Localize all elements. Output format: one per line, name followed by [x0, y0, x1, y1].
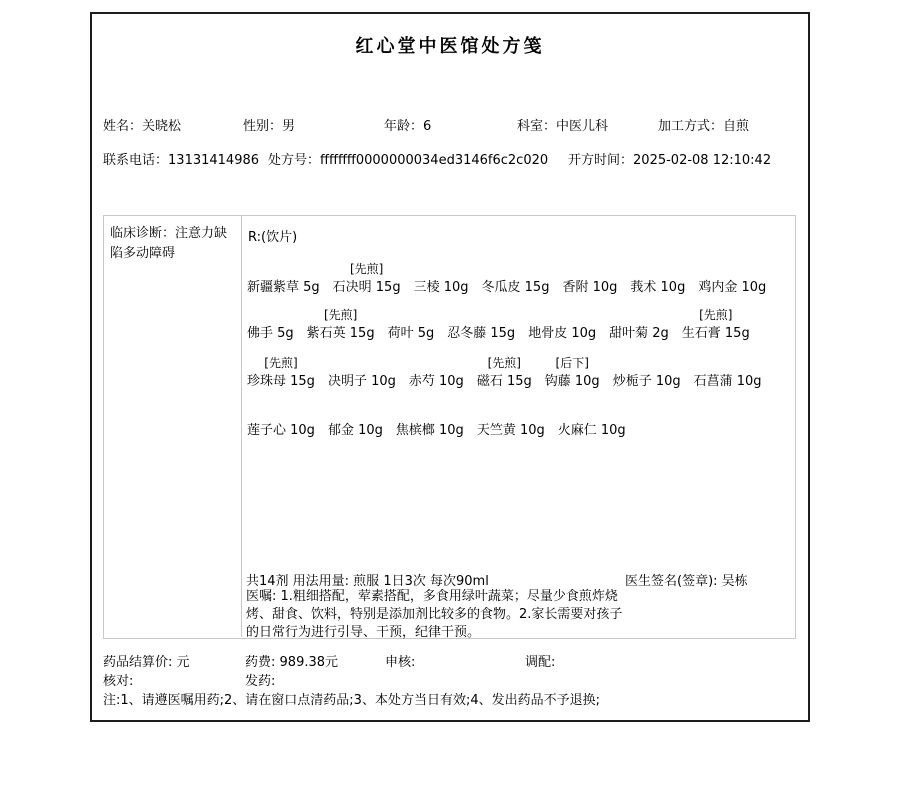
medicine-line: 珍珠母 15g[先煎]决明子 10g赤芍 10g磁石 15g[先煎]钩藤 10g… — [247, 370, 775, 389]
clinical-diagnosis: 临床诊断：注意力缺陷多动障碍 — [110, 224, 236, 264]
medicine-item: 郁金 10g — [328, 419, 383, 438]
decoction-tag: [先煎] — [488, 354, 521, 371]
field-colon: ： — [410, 119, 423, 134]
patient-gender-field: 性别：男 — [243, 115, 295, 134]
medicine-item: 莪术 10g — [630, 276, 685, 295]
decoction-tag: [先煎] — [350, 260, 383, 277]
field-colon: ： — [620, 153, 633, 168]
medicine-item: 生石膏 15g[先煎] — [682, 322, 750, 341]
medicine-item: 香附 10g — [562, 276, 617, 295]
field-value: 989.38元 — [280, 655, 339, 670]
decoction-tag: [先煎] — [324, 306, 357, 323]
rx-header: R:(饮片) — [248, 226, 297, 245]
patient-name-field: 姓名：关晓松 — [103, 115, 181, 134]
medicine-item: 甜叶菊 2g — [609, 322, 669, 341]
field-colon: ： — [129, 119, 142, 134]
page-title: 红心堂中医馆处方笺 — [90, 32, 810, 58]
field-value: 关晓松 — [142, 119, 181, 134]
field-label: 性别 — [243, 119, 269, 134]
medicine-item: 三棱 10g — [414, 276, 469, 295]
decoction-tag: [先煎] — [699, 306, 732, 323]
settlement-price-field: 药品结算价: 元 — [103, 651, 190, 670]
medicine-item: 荷叶 5g — [388, 322, 435, 341]
field-colon: ： — [162, 226, 175, 241]
field-label: 核对 — [103, 674, 129, 689]
field-colon: : — [129, 674, 133, 689]
medicine-item: 天竺黄 10g — [477, 419, 545, 438]
field-value: 元 — [177, 655, 190, 670]
contact-phone-field: 联系电话：13131414986 — [103, 149, 259, 168]
medicine-item: 地骨皮 10g — [528, 322, 596, 341]
medicine-item: 鸡内金 10g — [698, 276, 766, 295]
field-colon: : — [271, 674, 275, 689]
patient-department-field: 科室：中医儿科 — [517, 115, 608, 134]
field-label: 临床诊断 — [110, 226, 162, 241]
field-value: 6 — [423, 119, 431, 134]
field-colon: ： — [269, 119, 282, 134]
medicine-item: 火麻仁 10g — [558, 419, 626, 438]
column-divider — [241, 215, 242, 637]
field-value: 13131414986 — [168, 153, 259, 168]
decoction-tag: [先煎] — [264, 354, 297, 371]
medicine-item: 焦槟榔 10g — [396, 419, 464, 438]
doctor-signature: 医生签名(签章): 吴栋 — [625, 570, 748, 589]
field-label: 加工方式 — [658, 119, 710, 134]
field-label: 年龄 — [384, 119, 410, 134]
field-value: 吴栋 — [722, 574, 748, 589]
medicine-item: 钩藤 10g[后下] — [545, 370, 600, 389]
review-field: 申核: — [385, 651, 415, 670]
field-label: 医生签名(签章) — [625, 574, 713, 589]
compounding-field: 调配: — [525, 651, 555, 670]
medicine-item: 新疆紫草 5g — [247, 276, 320, 295]
field-label: 药品结算价 — [103, 655, 168, 670]
medical-advice-line: 烤、甜食、饮料，特别是添加剂比较多的食物。2.家长需要对孩子 — [246, 606, 636, 624]
field-colon: ： — [307, 153, 320, 168]
issue-time-field: 开方时间：2025-02-08 12:10:42 — [568, 149, 771, 168]
medical-advice: 医嘱: 1.粗细搭配，荤素搭配，多食用绿叶蔬菜；尽量少食煎炸烧 烤、甜食、饮料，… — [246, 588, 636, 642]
field-label: 开方时间 — [568, 153, 620, 168]
field-value: 男 — [282, 119, 295, 134]
field-label: 姓名 — [103, 119, 129, 134]
medicine-fee-field: 药费: 989.38元 — [245, 651, 338, 670]
medicine-item: 佛手 5g — [247, 322, 294, 341]
dosage-line: 共14剂 用法用量: 煎服 1日3次 每次90ml — [246, 570, 489, 589]
medicine-item: 忍冬藤 15g — [447, 322, 515, 341]
medicine-item: 赤芍 10g — [409, 370, 464, 389]
field-label: 联系电话 — [103, 153, 155, 168]
medicine-item: 莲子心 10g — [247, 419, 315, 438]
field-colon: ： — [710, 119, 723, 134]
medicine-item: 冬瓜皮 15g — [482, 276, 550, 295]
medicine-item: 石决明 15g[先煎] — [333, 276, 401, 295]
field-colon: ： — [155, 153, 168, 168]
field-colon: : — [271, 655, 280, 670]
field-colon: : — [551, 655, 555, 670]
medicine-item: 石菖蒲 10g — [694, 370, 762, 389]
dispensing-field: 发药: — [245, 670, 275, 689]
processing-method-field: 加工方式：自煎 — [658, 115, 749, 134]
footer-note: 注:1、请遵医嘱用药;2、请在窗口点清药品;3、本处方当日有效;4、发出药品不予… — [103, 689, 600, 708]
field-value: 自煎 — [723, 119, 749, 134]
prescription-number-field: 处方号：ffffffff0000000034ed3146f6c2c020 — [268, 149, 548, 168]
field-colon: : — [168, 655, 177, 670]
field-value: 中医儿科 — [556, 119, 608, 134]
field-colon: : — [411, 655, 415, 670]
field-value: ffffffff0000000034ed3146f6c2c020 — [320, 153, 548, 168]
prescription-page: 红心堂中医馆处方笺 姓名：关晓松 性别：男 年龄：6 科室：中医儿科 加工方式：… — [0, 0, 900, 800]
field-label: 调配 — [525, 655, 551, 670]
patient-age-field: 年龄：6 — [384, 115, 431, 134]
medical-advice-line: 医嘱: 1.粗细搭配，荤素搭配，多食用绿叶蔬菜；尽量少食煎炸烧 — [246, 588, 636, 606]
medicine-item: 炒栀子 10g — [613, 370, 681, 389]
field-colon: ： — [543, 119, 556, 134]
medicine-item: 紫石英 15g[先煎] — [307, 322, 375, 341]
medicine-line: 莲子心 10g郁金 10g焦槟榔 10g天竺黄 10g火麻仁 10g — [247, 419, 639, 438]
field-value: 2025-02-08 12:10:42 — [633, 153, 771, 168]
field-colon: : — [713, 574, 722, 589]
field-label: 申核 — [385, 655, 411, 670]
verification-field: 核对: — [103, 670, 133, 689]
decoction-tag: [后下] — [556, 354, 589, 371]
field-label: 处方号 — [268, 153, 307, 168]
medicine-item: 珍珠母 15g[先煎] — [247, 370, 315, 389]
field-label: 科室 — [517, 119, 543, 134]
medicine-item: 磁石 15g[先煎] — [477, 370, 532, 389]
medical-advice-line: 的日常行为进行引导、干预，纪律干预。 — [246, 624, 636, 642]
medicine-line: 新疆紫草 5g石决明 15g[先煎]三棱 10g冬瓜皮 15g香附 10g莪术 … — [247, 276, 779, 295]
medicine-line: 佛手 5g紫石英 15g[先煎]荷叶 5g忍冬藤 15g地骨皮 10g甜叶菊 2… — [247, 322, 763, 341]
field-label: 药费 — [245, 655, 271, 670]
medicine-item: 决明子 10g — [328, 370, 396, 389]
field-label: 发药 — [245, 674, 271, 689]
